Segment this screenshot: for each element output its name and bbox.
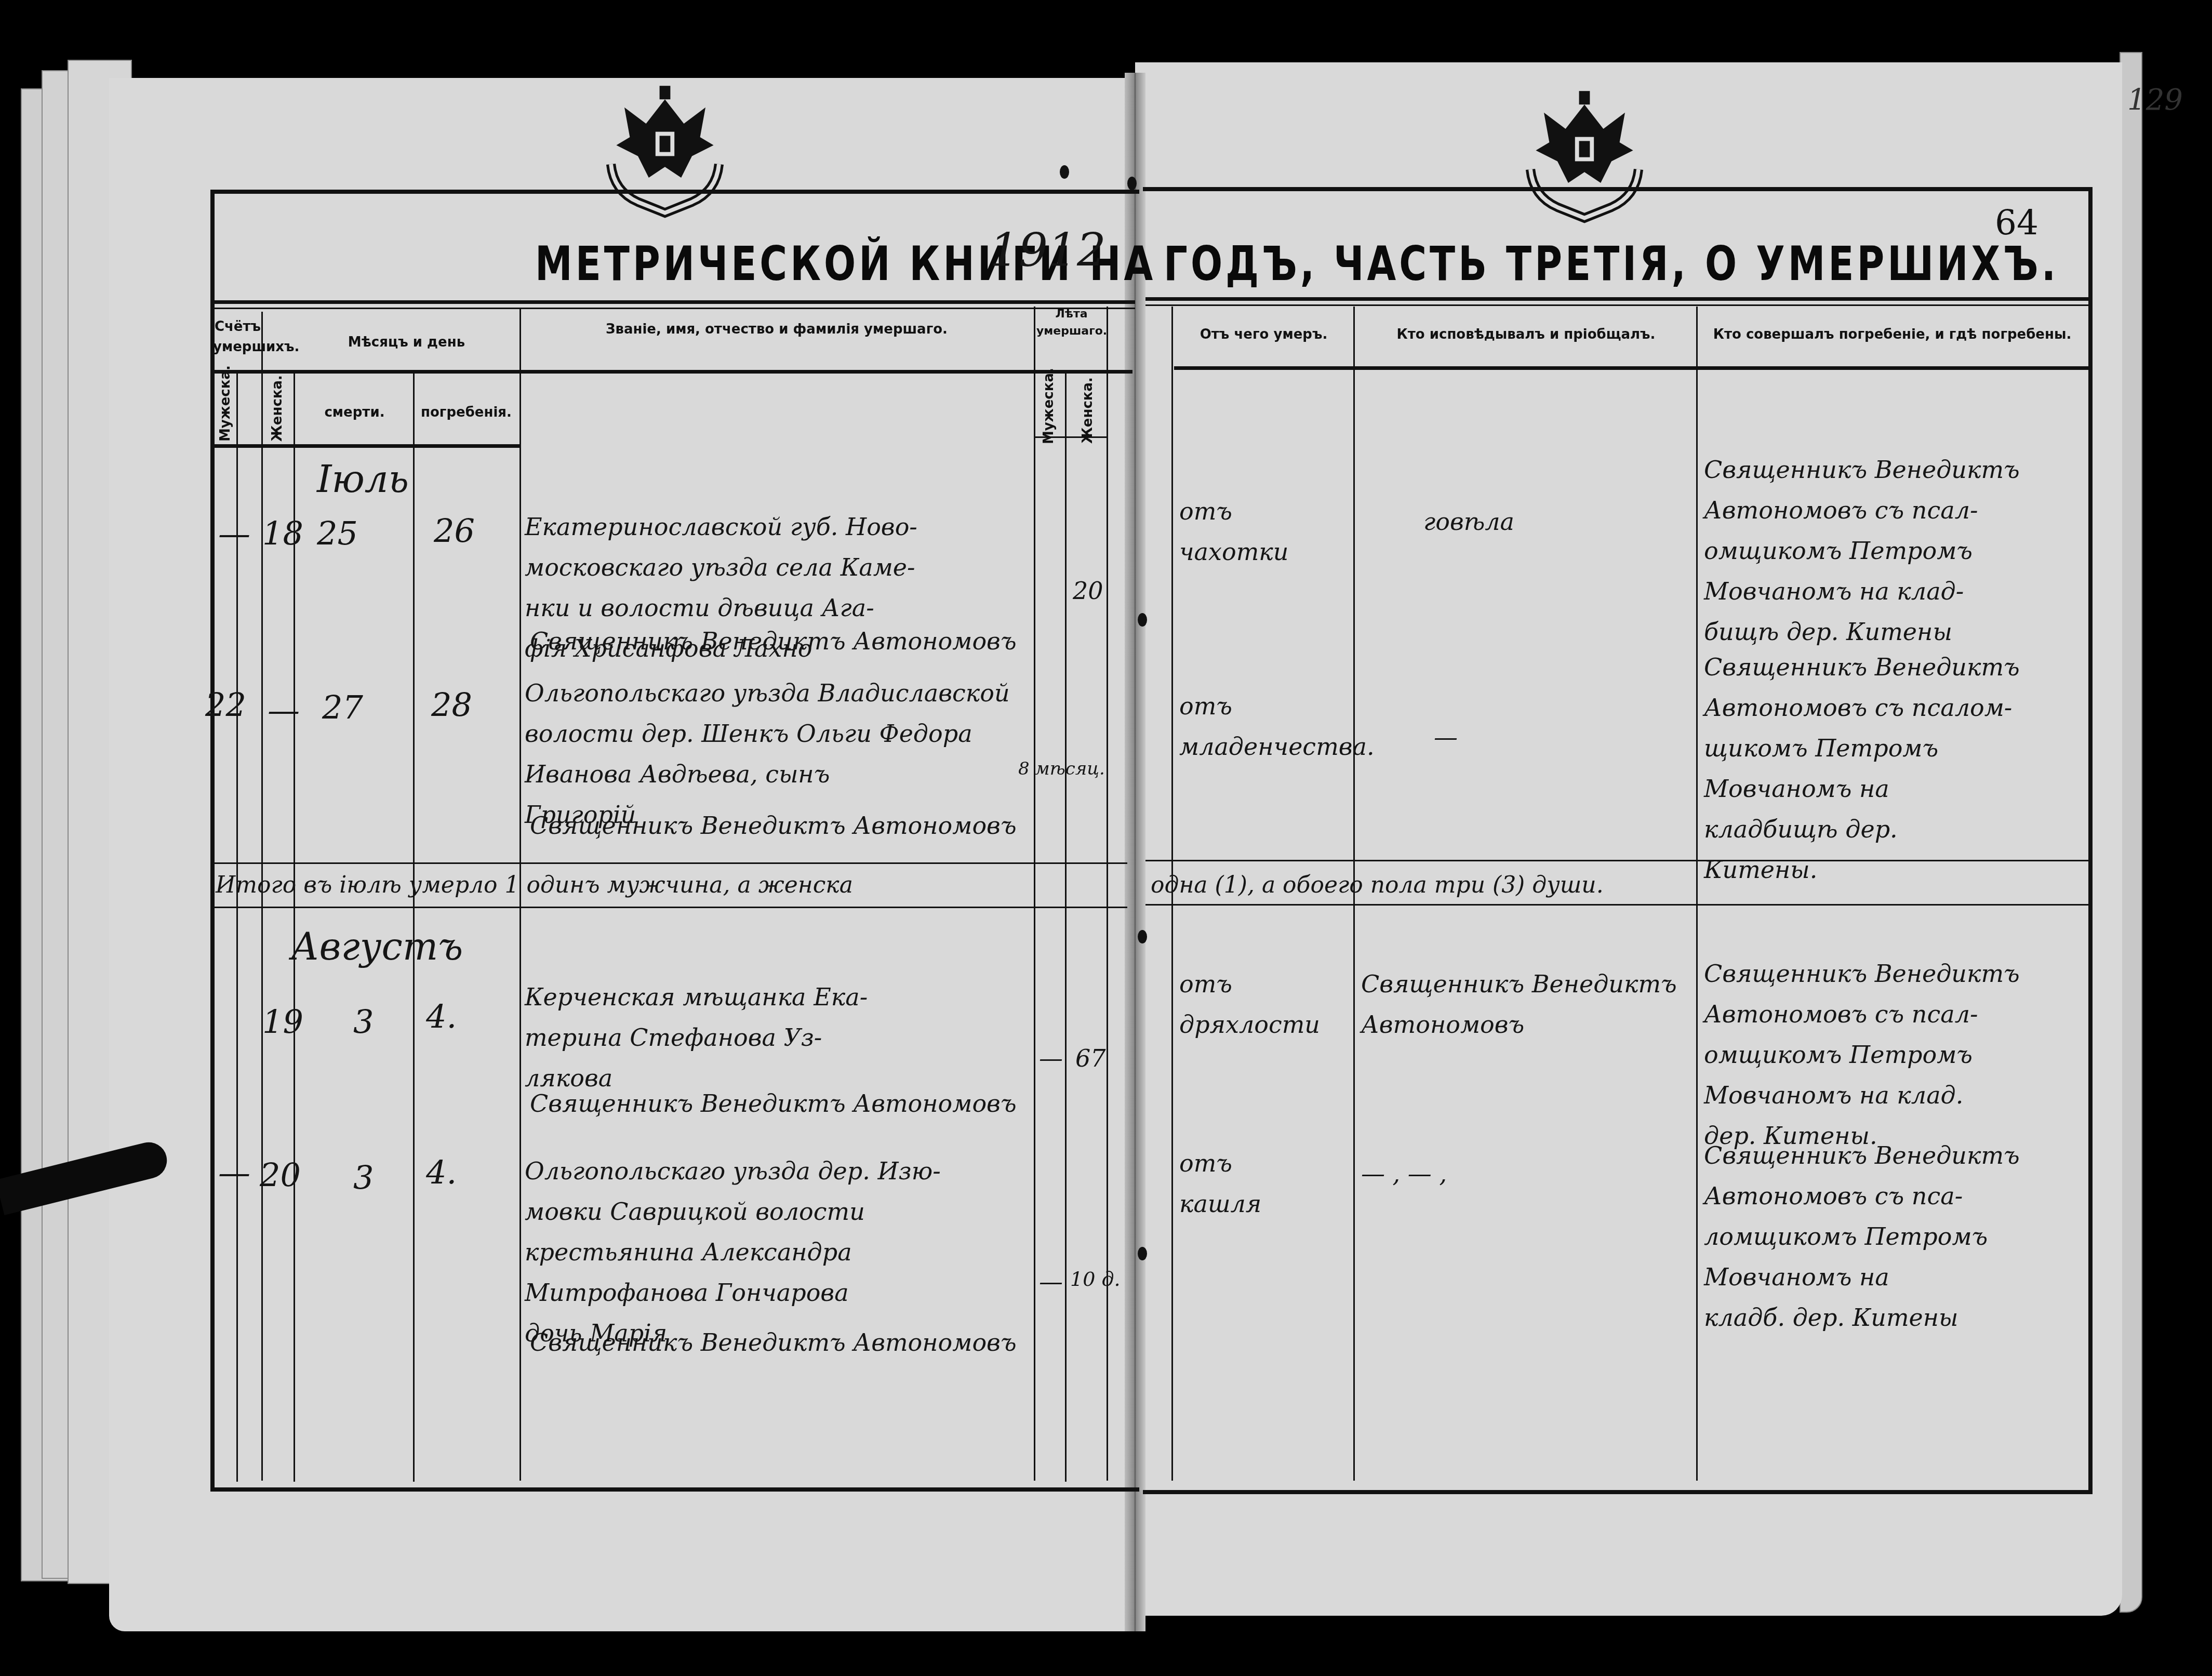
summary-right: одна (1), а обоего пола три (3) души. — [1151, 865, 1604, 906]
record-age-male: — — [1039, 1044, 1063, 1072]
record-female-no: 20 — [260, 1156, 301, 1194]
column-divider — [1034, 307, 1035, 1481]
header-death: смерти. — [296, 403, 413, 423]
record-age-female: 10 д. — [1070, 1268, 1121, 1291]
record-confessor: — — [1434, 717, 1458, 757]
summary-rule — [213, 907, 1127, 908]
record-age-female: 67 — [1075, 1044, 1106, 1072]
binding-hole — [1138, 1247, 1147, 1260]
header-confessor: Кто исповѣдывалъ и пріобщалъ. — [1356, 325, 1696, 345]
record-signature: Священникъ Венедиктъ Автономовъ — [530, 805, 1017, 846]
record-death-day: 3 — [353, 1003, 374, 1041]
record-burial-by: Священникъ Венедиктъ Автономовъ съ псал-… — [1704, 449, 2088, 652]
record-death-day: 3 — [353, 1159, 374, 1196]
record-signature: Священникъ Венедиктъ Автономовъ — [530, 1083, 1017, 1124]
record-burial-by: Священникъ Венедиктъ Автономовъ съ псало… — [1704, 647, 2088, 890]
record-cause: отъ кашля — [1179, 1143, 1351, 1224]
record-death-day: 27 — [322, 688, 363, 726]
record-male-no: — — [218, 514, 250, 552]
record-burial-day: 26 — [434, 512, 475, 550]
header-top-rule — [1145, 304, 2088, 306]
record-age-female: 20 — [1073, 577, 1103, 605]
binding-hole — [1127, 177, 1137, 190]
header-mid-rule — [213, 370, 1132, 374]
record-male-no: 22 — [205, 686, 246, 724]
summary-left: Итого въ іюлѣ умерло 1 одинъ мужчина, а … — [216, 865, 853, 906]
record-female-no: 18 — [262, 514, 303, 552]
title-year: 1912 — [990, 223, 1106, 277]
record-confessor: говѣла — [1423, 501, 1514, 542]
header-count-female: Женска. — [268, 379, 288, 442]
header-top-rule — [213, 300, 1135, 304]
page-stack-edge — [2120, 52, 2142, 1613]
record-signature: Священникъ Венедиктъ Автономовъ — [530, 621, 1017, 661]
record-burial-day: 4. — [426, 997, 457, 1035]
header-age: Лѣта умершаго. — [1036, 305, 1107, 340]
header-name: Званіе, имя, отчество и фамилія умершаго… — [522, 320, 1031, 340]
column-divider — [1696, 307, 1698, 1481]
header-month-day: Мѣсяцъ и день — [296, 332, 517, 353]
header-count-male: Мужеска. — [216, 379, 236, 442]
page-number: 64 — [1995, 203, 2038, 243]
folio-number: 129 — [2127, 83, 2183, 117]
record-cause: отъ младенчества. — [1179, 686, 1351, 767]
record-burial-day: 4. — [426, 1153, 457, 1191]
binding-hole — [1060, 165, 1069, 179]
record-age-male: 8 мѣсяц. — [1018, 759, 1105, 779]
record-confessor: Священникъ Венедиктъ Автономовъ — [1361, 964, 1694, 1045]
record-female-no: — — [268, 691, 300, 729]
binding-hole — [1138, 930, 1147, 943]
month-heading-august: Августъ — [291, 925, 463, 968]
record-age-male: — — [1039, 1268, 1063, 1296]
title-right: ГОДЪ, ЧАСТЬ ТРЕТІЯ, О УМЕРШИХЪ. — [1164, 236, 2059, 291]
header-burial: погребенія. — [416, 403, 517, 423]
record-cause: отъ дряхлости — [1179, 964, 1351, 1045]
header-cause: Отъ чего умеръ. — [1174, 325, 1353, 345]
record-burial-by: Священникъ Венедиктъ Автономовъ съ псал-… — [1704, 953, 2088, 1156]
header-count-deceased: Счётъ умершихъ. — [213, 317, 262, 357]
header-top-rule — [1145, 297, 2088, 301]
summary-rule — [213, 862, 1127, 864]
record-confessor: — , — , — [1361, 1153, 1694, 1194]
header-bottom-rule — [213, 444, 519, 448]
record-burial-by: Священникъ Венедиктъ Автономовъ съ пса- … — [1704, 1135, 2088, 1338]
column-divider — [1065, 370, 1067, 1482]
header-mid-rule — [1174, 366, 2088, 370]
month-heading-july: Іюль — [317, 457, 409, 501]
record-cause: отъ чахотки — [1179, 491, 1351, 572]
record-male-no: — — [218, 1153, 250, 1191]
record-signature: Священникъ Венедиктъ Автономовъ — [530, 1322, 1017, 1363]
column-divider — [1107, 307, 1108, 1481]
record-female-no: 19 — [262, 1003, 303, 1041]
header-age-female: Женска. — [1078, 377, 1098, 444]
header-age-male: Мужеска. — [1039, 377, 1059, 444]
record-death-day: 25 — [317, 514, 358, 552]
header-burial-by: Кто совершалъ погребеніе, и гдѣ погребен… — [1699, 325, 2086, 345]
record-name-text: Керченская мѣщанка Ека- терина Стефанова… — [525, 977, 1029, 1098]
binding-hole — [1138, 613, 1147, 627]
record-burial-day: 28 — [431, 686, 472, 724]
header-top-rule — [213, 308, 1135, 309]
